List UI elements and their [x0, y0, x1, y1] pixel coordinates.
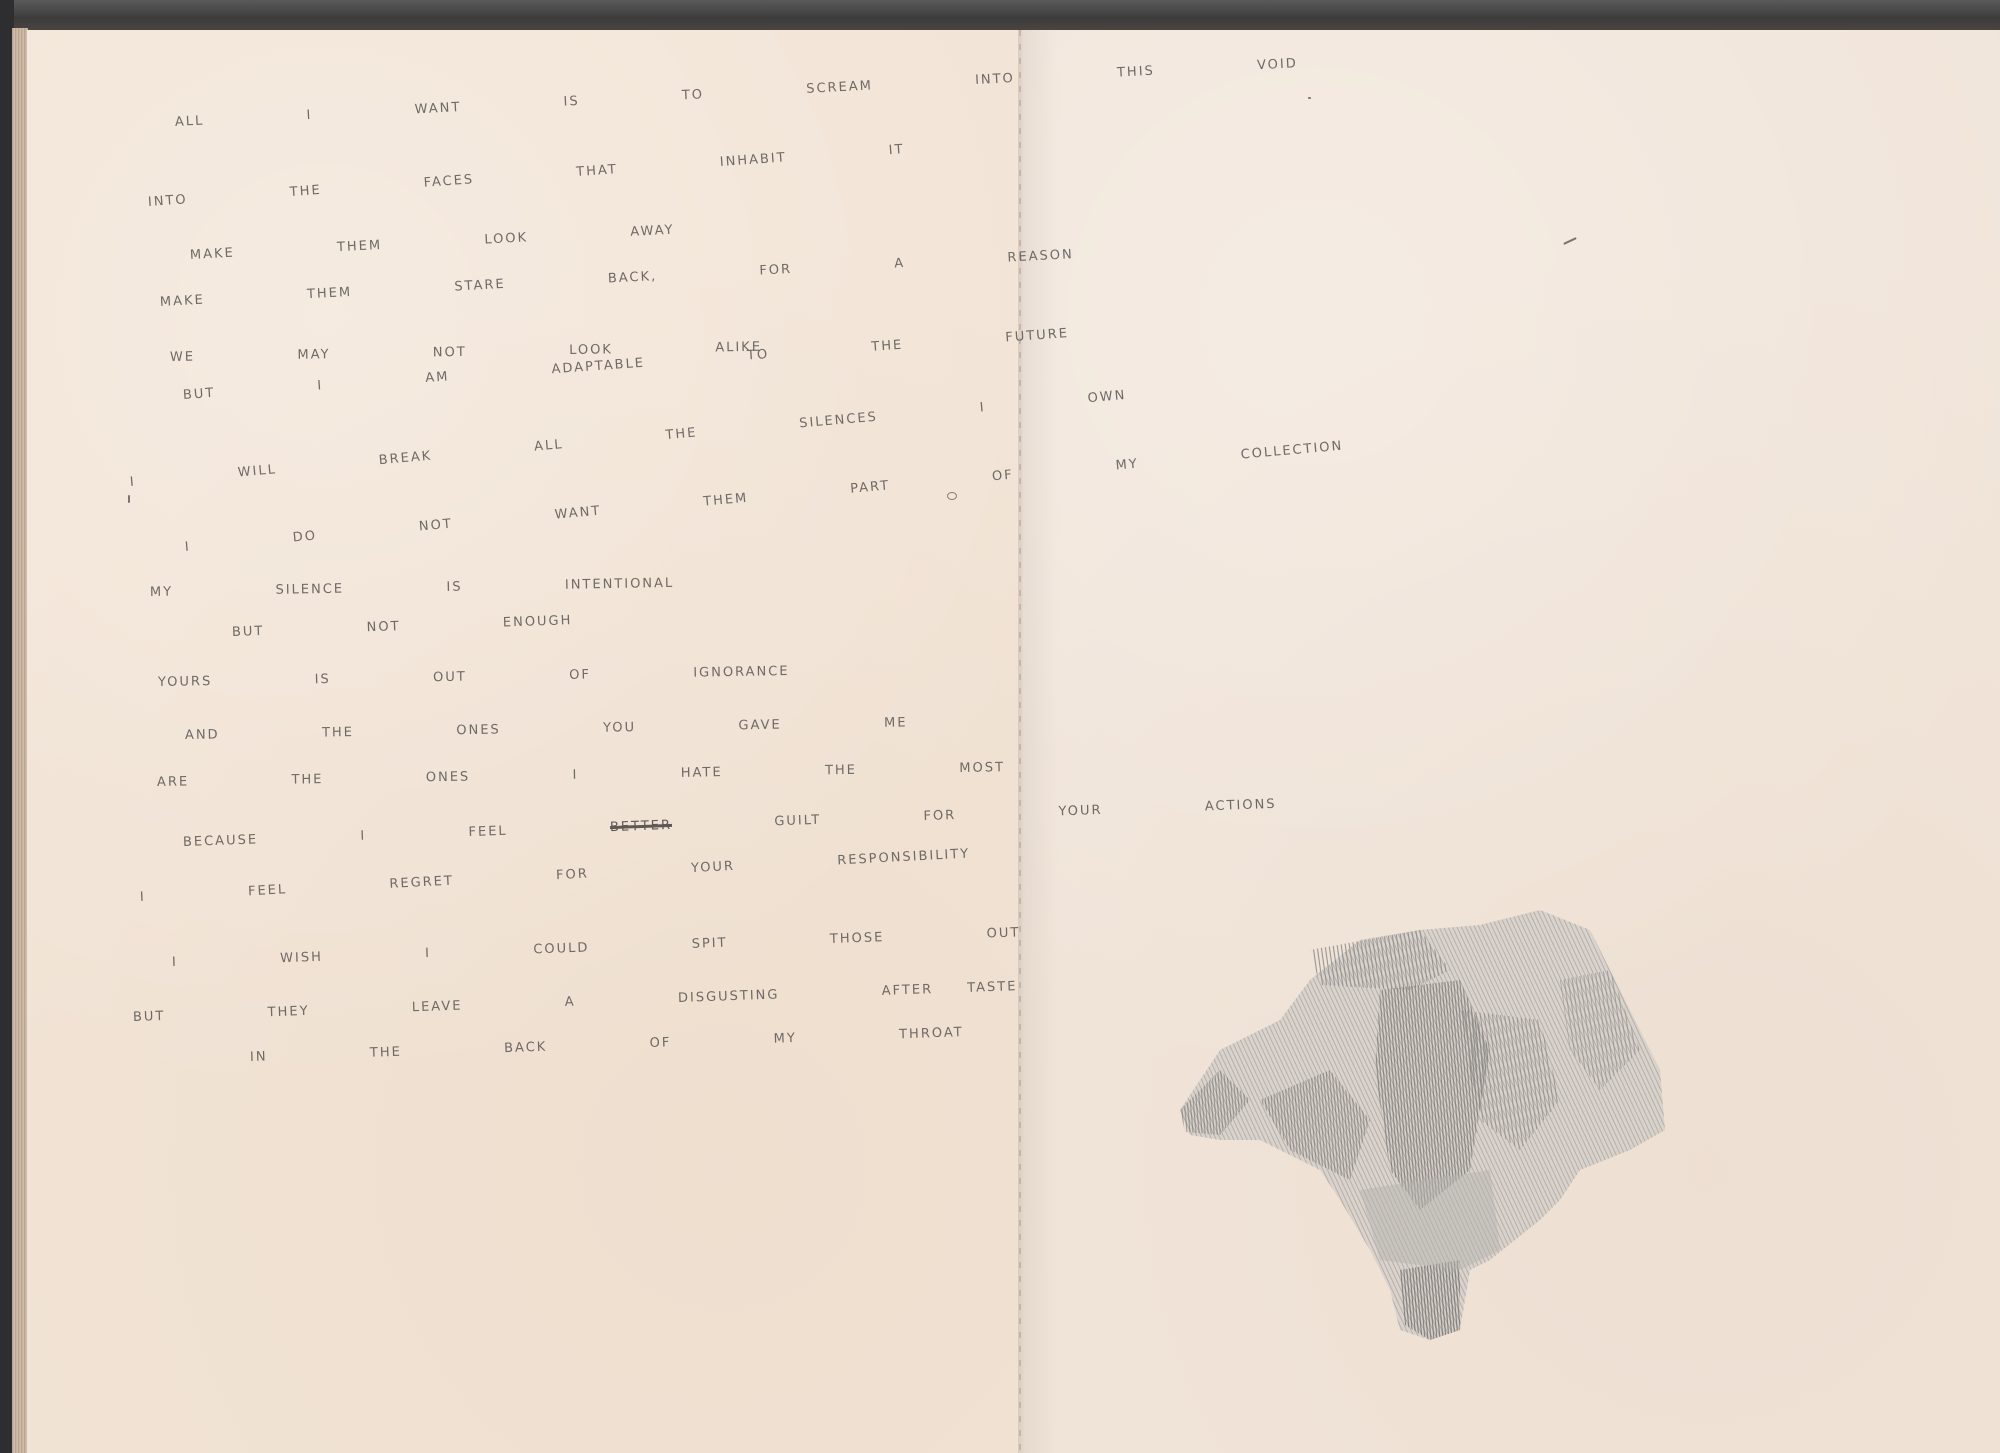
spine-shadow: [1018, 30, 1058, 1453]
pencil-mark: [1308, 97, 1311, 99]
book-cover-top-edge: [0, 0, 2000, 30]
book-spine: [1019, 30, 1021, 1453]
pencil-drawing: [1160, 870, 1680, 1350]
page-edges: [12, 28, 28, 1453]
pencil-mark: [128, 495, 130, 503]
crossed-out-word: BETTER: [610, 818, 673, 835]
pencil-mark: [947, 492, 957, 500]
